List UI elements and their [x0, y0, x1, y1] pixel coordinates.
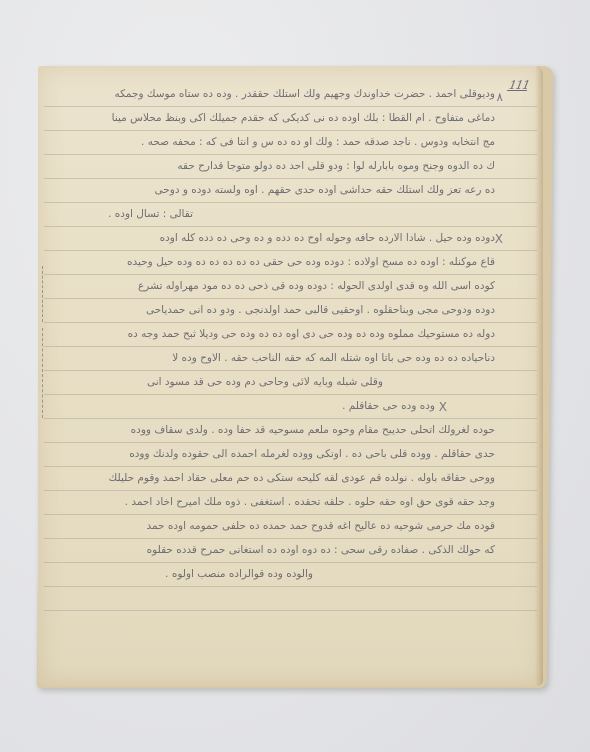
ruled-line: [44, 178, 537, 179]
ruled-line: [44, 250, 537, 251]
manuscript-page: 111 ٨ ودیوقلی احمد . حضرت خداوندك وجهیم …: [38, 66, 543, 686]
ruled-line: [44, 394, 537, 395]
ruled-line: [44, 442, 537, 443]
manuscript-line: كه حولك الذكی . صفاده رقی سحی : ده دوه ا…: [80, 544, 495, 556]
manuscript-line: دوده ودوحی مجی وبناحقلوه . اوحقیی قالبی …: [95, 304, 495, 316]
section-marker: X: [439, 400, 447, 414]
ruled-line: [44, 154, 537, 155]
section-marker: X: [495, 232, 503, 246]
ruled-line: [44, 130, 537, 131]
manuscript-line: تقالی : تسال اوده .: [103, 208, 193, 220]
ruled-line: [44, 274, 537, 275]
ruled-line: [44, 418, 537, 419]
margin-mark: [42, 328, 46, 418]
ruled-line: [44, 514, 537, 515]
page-edge-shadow: [535, 66, 543, 686]
ruled-line: [44, 538, 537, 539]
manuscript-line: حوده لغرولك اتحلی حدیبح مقام وحوه ملعم م…: [85, 424, 495, 436]
manuscript-line: وجد حقه قوی حق اوه حقه حلوه . حلقه تحقده…: [85, 496, 495, 508]
ruled-line: [44, 466, 537, 467]
manuscript-line: وده وده حی حقاقلم .: [315, 400, 435, 412]
ruled-line: [44, 586, 537, 587]
manuscript-line: ودیوقلی احمد . حضرت خداوندك وجهیم ولك اس…: [90, 88, 495, 100]
manuscript-line: دماغی متفاوح . ام القطا : بلك اوده ده نی…: [65, 112, 495, 124]
manuscript-line: كوده اسی الله وه قدی اولدی الحوله : دوده…: [95, 280, 495, 292]
section-marker: ٨: [497, 90, 503, 104]
ruled-line: [44, 490, 537, 491]
manuscript-line: مج انتخابه ودوس . ناجد صدقه حمد : ولك او…: [70, 136, 495, 148]
manuscript-line: دوده وده حیل . شادا الارده حافه وحوله او…: [90, 232, 495, 244]
manuscript-line: ده رعه تعز ولك استلك حقه حداشی اوده حدی …: [70, 184, 495, 196]
manuscript-line: ك ده الدوه وجنح وموه بابارله لوا : ودو ق…: [70, 160, 495, 172]
manuscript-line: قوده مك حرمی شوحیه ده عالیح اغه قدوح حمد…: [85, 520, 495, 532]
margin-mark: [42, 266, 46, 322]
ruled-line: [44, 610, 537, 611]
page-number: 111: [507, 78, 532, 92]
manuscript-line: والوده وده قوالراده منصب اولوه .: [98, 568, 313, 580]
manuscript-line: دناحیاده ده ده وده حی باتا اوه شتله المه…: [85, 352, 495, 364]
ruled-line: [44, 346, 537, 347]
manuscript-line: وقلی شبله وبایه لائی وحاحی دم وده حی قد …: [98, 376, 383, 388]
ruled-line: [44, 322, 537, 323]
manuscript-line: ووحی حقاقه باوله . نولده قم عودی لقه كلی…: [85, 472, 495, 484]
manuscript-line: حدی حقاقلم . ووده قلی باحی ده . اوتكی وو…: [85, 448, 495, 460]
ruled-line: [44, 562, 537, 563]
manuscript-line: قاع موكنله : اوده ده مسح اولاده : دوده و…: [95, 256, 495, 268]
ruled-line: [44, 226, 537, 227]
manuscript-line: دوله ده مستوحیك مملوه وده ده وده حی دی ا…: [85, 328, 495, 340]
ruled-line: [44, 106, 537, 107]
ruled-line: [44, 298, 537, 299]
ruled-line: [44, 202, 537, 203]
ruled-line: [44, 370, 537, 371]
